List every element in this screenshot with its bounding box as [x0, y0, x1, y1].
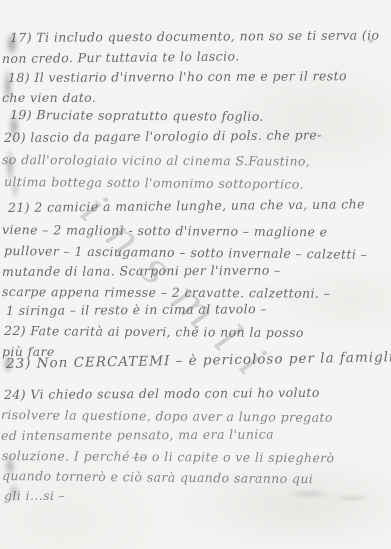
handwritten-line: 21) 2 camicie a maniche lunghe, una che … — [8, 196, 365, 215]
handwritten-line: 22) Fate carità ai poveri, ché io non la… — [4, 323, 304, 340]
handwritten-line: pullover – 1 asciugamano – sotto inverna… — [4, 243, 367, 262]
handwritten-line: 1 siringa – il resto è in cima al tavolo… — [6, 301, 267, 318]
handwritten-line: 19) Bruciate sopratutto questo foglio. — [10, 107, 264, 124]
handwritten-line: gli i...si – — [4, 488, 65, 503]
handwritten-line: scarpe appena rimesse – 2 cravatte. calz… — [2, 284, 330, 301]
scanned-letter-page: insmli 17) Ti includo questo documento, … — [0, 0, 391, 549]
handwritten-line: risolvere la questione, dopo aver a lung… — [1, 407, 333, 425]
handwritten-line: ultima bottega sotto l'omonimo sottoport… — [4, 174, 304, 192]
handwritten-line: mutande di lana. Scarponi per l'inverno … — [2, 263, 281, 279]
handwritten-line: soluzione. I perché t̶o̶ o li capite o v… — [2, 448, 335, 465]
handwritten-line: 18) Il vestiario d'inverno l'ho con me e… — [8, 68, 347, 85]
handwritten-line: non credo. Pur tuttavia te lo lascio. — [2, 49, 240, 66]
handwritten-line: che vien dato. — [2, 90, 96, 105]
handwritten-line: 23) Non CERCATEMI – è pericoloso per la … — [6, 349, 391, 372]
handwritten-line: ed intensamente pensato, ma era l'unica — [1, 427, 274, 443]
handwritten-line: so dall'orologiaio vicino al cinema S.Fa… — [2, 152, 310, 169]
handwritten-line: 20) lascio da pagare l'orologio di pols.… — [4, 127, 322, 145]
handwritten-line: quando tornerò e ciò sarà quando saranno… — [2, 468, 313, 486]
handwritten-line: 24) Vi chiedo scusa del modo con cui ho … — [4, 385, 320, 402]
handwritten-line: 17) Ti includo questo documento, non so … — [10, 27, 380, 45]
handwritten-line: viene – 2 maglioni - sotto d'inverno – m… — [2, 222, 328, 239]
show-through-mark — [280, 486, 380, 508]
